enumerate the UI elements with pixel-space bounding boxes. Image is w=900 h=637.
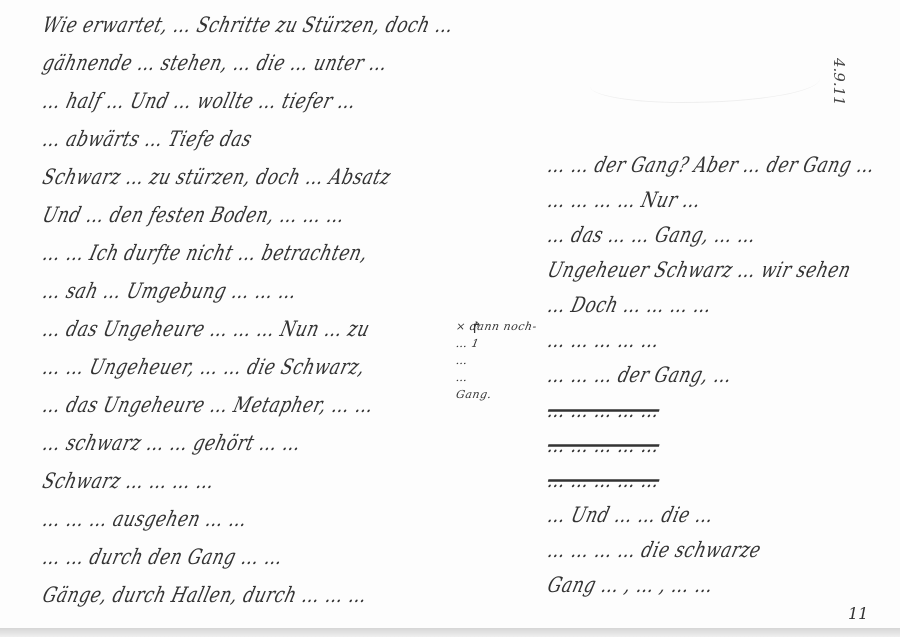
handwritten-line: Gänge, durch Hallen, durch … … … (40, 583, 370, 608)
handwritten-line: … schwarz … … gehört … … (40, 431, 304, 456)
handwritten-line: … … … … … (545, 468, 662, 493)
handwritten-line: Gang … , … , … … (545, 573, 716, 598)
handwritten-line: … half … Und … wollte … tiefer … (40, 89, 359, 114)
handwritten-line: … sah … Umgebung … … … (40, 279, 300, 304)
handwritten-line: … … durch den Gang … … (40, 545, 286, 570)
manuscript-page: Wie erwartet, … Schritte zu Stürzen, doc… (0, 0, 900, 630)
handwritten-line: … das … … Gang, … … (545, 223, 759, 248)
date: 4.9.11 (830, 58, 848, 106)
handwritten-line: … das Ungeheure … … … Nun … zu (40, 317, 372, 342)
handwritten-line: Schwarz … … … … (40, 469, 217, 494)
margin-note-line: … (455, 371, 527, 384)
handwritten-line: … … Ich durfte nicht … betrachten, (40, 241, 370, 266)
handwritten-line: … … … … … (545, 328, 662, 353)
handwritten-line: … … … ausgehen … … (40, 507, 250, 532)
handwritten-line: … … … … … (545, 433, 662, 458)
scan-edge (0, 628, 900, 637)
handwritten-line: … abwärts … Tiefe das (40, 127, 255, 152)
handwritten-line: Und … den festen Boden, … … … (40, 203, 348, 228)
margin-note-line: Gang. (455, 388, 527, 401)
margin-note-line: … 1 (455, 337, 527, 350)
handwritten-line: … … Ungeheuer, … … die Schwarz, (40, 355, 368, 380)
handwritten-line: … das Ungeheure … Metapher, … … (40, 393, 376, 418)
margin-note-line: × dann noch- (455, 320, 527, 333)
handwritten-line: … … der Gang? Aber … der Gang … (545, 153, 878, 178)
handwritten-line: … … … … die schwarze (545, 538, 764, 563)
handwritten-line: … Und … … die … (545, 503, 716, 528)
faint-bleed-through (590, 62, 820, 103)
margin-note-line: … (455, 354, 527, 367)
handwritten-line: … … … … … (545, 398, 662, 423)
handwritten-line: gähnende … stehen, … die … unter … (40, 51, 390, 76)
handwritten-line: Schwarz … zu stürzen, doch … Absatz (40, 165, 393, 190)
handwritten-line: … … … … Nur … (545, 188, 704, 213)
handwritten-line: … Doch … … … … (545, 293, 715, 318)
handwritten-line: Ungeheuer Schwarz … wir sehen (545, 258, 853, 283)
handwritten-line: Wie erwartet, … Schritte zu Stürzen, doc… (40, 13, 456, 38)
page-number: 11 (848, 604, 868, 623)
margin-note: × dann noch-… 1……Gang. (455, 320, 525, 405)
handwritten-line: … … … der Gang, … (545, 363, 735, 388)
